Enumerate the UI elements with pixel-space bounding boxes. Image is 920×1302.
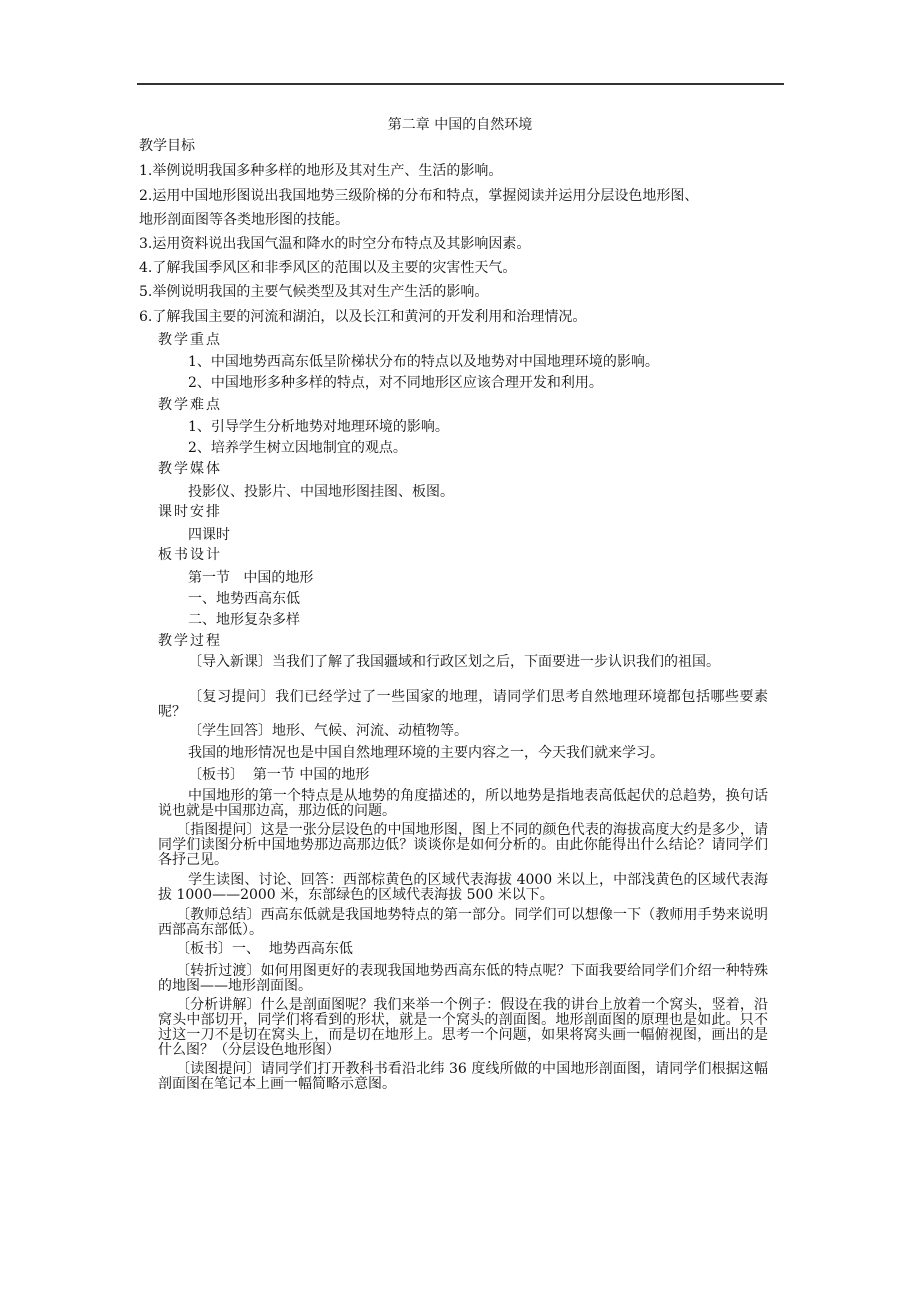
key-point-item: 1、中国地势西高东低呈阶梯状分布的特点以及地势对中国地理环境的影响。 — [188, 353, 659, 371]
objectives-heading: 教学目标 — [139, 137, 195, 155]
objective-item: 1.举例说明我国多种多样的地形及其对生产、生活的影响。 — [139, 162, 502, 180]
difficulty-item: 2、培养学生树立因地制宜的观点。 — [188, 439, 407, 457]
process-paragraph: 〔板书〕 第一节 中国的地形 — [158, 768, 768, 783]
process-paragraph: 〔复习提问〕我们已经学过了一些国家的地理，请同学们思考自然地理环境都包括哪些要素… — [158, 690, 768, 720]
objective-item: 地形剖面图等各类地形图的技能。 — [139, 211, 349, 229]
process-paragraph: 〔读图提问〕请同学们打开教科书看沿北纬 36 度线所做的中国地形剖面图，请同学们… — [158, 1062, 768, 1092]
process-paragraph: 〔分析讲解〕什么是剖面图呢？我们来举一个例子：假设在我的讲台上放着一个窝头，竖着… — [158, 998, 768, 1058]
process-paragraph: 〔导入新课〕当我们了解了我国疆域和行政区划之后，下面要进一步认识我们的祖国。 — [158, 655, 768, 670]
objective-item: 3.运用资料说出我国气温和降水的时空分布特点及其影响因素。 — [139, 235, 530, 253]
objective-item: 6.了解我国主要的河流和湖泊，以及长江和黄河的开发利用和治理情况。 — [139, 308, 586, 326]
process-paragraph: 中国地形的第一个特点是从地势的角度描述的，所以地势是指地表高低起伏的总趋势，换句… — [158, 789, 768, 819]
board-design-item: 一、地势西高东低 — [188, 590, 300, 608]
objective-item: 4.了解我国季风区和非季风区的范围以及主要的灾害性天气。 — [139, 259, 516, 277]
process-paragraph: 〔学生回答〕地形、气候、河流、动植物等。 — [158, 724, 768, 739]
process-paragraph: 学生读图、讨论、回答：西部棕黄色的区域代表海拔 4000 米以上，中部浅黄色的区… — [158, 873, 768, 903]
board-design-item: 第一节 中国的地形 — [188, 569, 313, 587]
schedule-item: 四课时 — [188, 526, 230, 544]
key-points-heading: 教学重点 — [158, 331, 222, 349]
process-paragraph: 〔指图提问〕这是一张分层设色的中国地形图，图上不同的颜色代表的海拔高度大约是多少… — [158, 823, 768, 868]
difficulty-item: 1、引导学生分析地势对地理环境的影响。 — [188, 418, 449, 436]
schedule-heading: 课时安排 — [158, 503, 222, 521]
objective-item: 2.运用中国地形图说出我国地势三级阶梯的分布和特点，掌握阅读并运用分层设色地形图… — [139, 187, 698, 205]
process-paragraph: 〔转折过渡〕如何用图更好的表现我国地势西高东低的特点呢？下面我要给同学们介绍一种… — [158, 964, 768, 994]
media-heading: 教学媒体 — [158, 460, 222, 478]
key-point-item: 2、中国地形多种多样的特点，对不同地形区应该合理开发和利用。 — [188, 374, 603, 392]
process-paragraph: 我国的地形情况也是中国自然地理环境的主要内容之一，今天我们就来学习。 — [158, 746, 768, 761]
process-paragraph: 〔教师总结〕西高东低就是我国地势特点的第一部分。同学们可以想像一下（教师用手势来… — [158, 908, 768, 938]
board-design-heading: 板书设计 — [158, 546, 222, 564]
page-title: 第二章 中国的自然环境 — [0, 116, 920, 134]
objective-item: 5.举例说明我国的主要气候类型及其对生产生活的影响。 — [139, 283, 488, 301]
media-item: 投影仪、投影片、中国地形图挂图、板图。 — [188, 483, 454, 501]
header-rule — [137, 83, 784, 85]
difficulties-heading: 教学难点 — [158, 396, 222, 414]
board-design-item: 二、地形复杂多样 — [188, 611, 300, 629]
process-paragraph: 〔板书〕一、 地势西高东低 — [158, 942, 768, 957]
process-heading: 教学过程 — [158, 632, 222, 650]
